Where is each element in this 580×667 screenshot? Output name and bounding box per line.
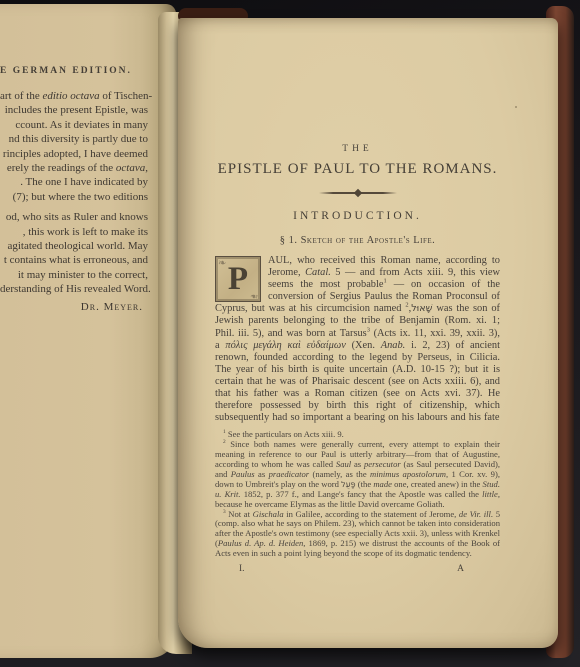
footnote: 3 Not at Gischala in Galilee, according … [215,510,500,560]
decorative-divider [319,189,397,196]
footnotes: 1 See the particulars on Acts xiii. 9.2 … [215,430,500,559]
open-book-photo: E GERMAN EDITION. art of the editio octa… [0,0,580,667]
text-line: rinciples adopted, I have deemed [0,147,148,161]
right-page-text: THE EPISTLE OF PAUL TO THE ROMANS. INTRO… [215,144,500,559]
drop-cap-initial: ❧P❧ [215,256,261,302]
left-running-header: E GERMAN EDITION. [0,66,148,76]
left-paragraph-1: art of the editio octava of Tischen-incl… [0,89,148,204]
volume-signature: I. [239,564,245,574]
series-label: THE [215,144,500,154]
page-footer: I. A [215,564,500,574]
body-paragraph: ❧P❧AUL, who received this Roman name, ac… [215,255,500,424]
text-line: . The one I have indicated by [0,175,148,189]
text-line: (7); but where the two editions [0,190,148,204]
left-page: E GERMAN EDITION. art of the editio octa… [0,4,176,658]
section-heading: § 1. Sketch of the Apostle's Life. [215,235,500,246]
text-line: art of the editio octava of Tischen- [0,89,148,103]
right-page: THE EPISTLE OF PAUL TO THE ROMANS. INTRO… [178,18,558,648]
fleuron-ornament-icon: ❧ [218,259,226,269]
drop-cap-letter: P [228,263,248,296]
text-line: includes the present Epistle, was [0,103,148,117]
sheet-signature: A [457,564,464,574]
text-line: od, who sits as Ruler and knows [0,210,148,224]
text-line: erely the readings of the octava, [0,161,148,175]
introduction-heading: INTRODUCTION. [215,210,500,222]
text-line: derstanding of His revealed Word. [0,282,148,296]
dust-speck [515,106,517,108]
diamond-ornament [353,188,361,196]
text-line: nd this diversity is partly due to [0,132,148,146]
text-line: t contains what is erroneous, and [0,253,148,267]
text-line: it may minister to the correct, [0,268,148,282]
left-page-text: E GERMAN EDITION. art of the editio octa… [0,66,148,313]
book-title: EPISTLE OF PAUL TO THE ROMANS. [215,161,500,178]
left-paragraph-2: od, who sits as Ruler and knows, this wo… [0,210,148,296]
fleuron-ornament-icon: ❧ [250,290,258,300]
author-signature: Dr. Meyer. [0,301,148,313]
footnote: 2 Since both names were generally curren… [215,440,500,509]
text-line: ccount. As it deviates in many [0,118,148,132]
text-line: agitated theological world. May [0,239,148,253]
text-line: , this work is left to make its [0,225,148,239]
